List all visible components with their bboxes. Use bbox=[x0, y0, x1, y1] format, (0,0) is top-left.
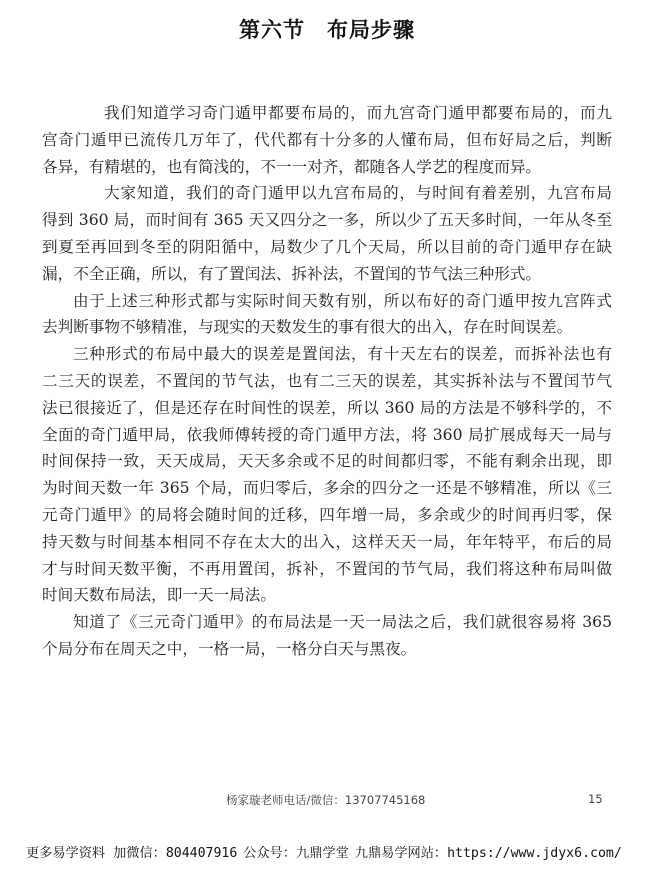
text-line: 元奇门遁甲》的局将会随时间的迁移，四年增一局，多余或少的时间再归零，保 bbox=[42, 502, 612, 529]
text-line: 去判断事物不够精准，与现实的天数发生的事有很大的出入，存在时间误差。 bbox=[42, 314, 612, 341]
promo-official-account: 公众号：九鼎学堂 bbox=[243, 846, 349, 861]
promo-website-link[interactable]: 九鼎易学网站：https://www.jdyx6.com/ bbox=[355, 846, 622, 861]
text-line: 知道了《三元奇门遁甲》的布局法是一天一局法之后，我们就很容易将 365 bbox=[42, 609, 612, 636]
text-line: 时间保持一致，天天成局，天天多余或不足的时间都归零，不能有剩余出现，即 bbox=[42, 448, 612, 475]
text-line: 个局分布在周天之中，一格一局，一格分白天与黑夜。 bbox=[42, 636, 612, 663]
text-line: 漏，不全正确，所以，有了置闰法、拆补法，不置闰的节气法三种形式。 bbox=[42, 261, 612, 288]
text-line: 我们知道学习奇门遁甲都要布局的，而九宫奇门遁甲都要布局的，而九 bbox=[42, 100, 612, 127]
text-line: 才与时间天数平衡，不再用置闰，拆补，不置闰的节气局，我们将这种布局叫做 bbox=[42, 556, 612, 583]
text-line: 为时间天数一年 365 个局，而归零后，多余的四分之一还是不够精准，所以《三 bbox=[42, 475, 612, 502]
text-line: 三种形式的布局中最大的误差是置闰法，有十天左右的误差，而拆补法也有 bbox=[42, 341, 612, 368]
body-text: 我们知道学习奇门遁甲都要布局的，而九宫奇门遁甲都要布局的，而九 宫奇门遁甲已流传… bbox=[42, 100, 612, 663]
text-line: 各异，有精堪的，也有简浅的，不一一对齐，都随各人学艺的程度而异。 bbox=[42, 154, 612, 181]
section-heading: 布局步骤 bbox=[327, 18, 415, 42]
text-line: 二三天的误差，不置闰的节气法，也有二三天的误差，其实拆补法与不置闰节气 bbox=[42, 368, 612, 395]
text-line: 持天数与时间基本相同不存在太大的出入，这样天天一局，年年特平，布后的局 bbox=[42, 529, 612, 556]
text-line: 法已很接近了，但是还存在时间性的误差，所以 360 局的方法是不够科学的，不 bbox=[42, 395, 612, 422]
text-line: 得到 360 局，而时间有 365 天又四分之一多，所以少了五天多时间，一年从冬… bbox=[42, 207, 612, 234]
document-page: 第六节布局步骤 我们知道学习奇门遁甲都要布局的，而九宫奇门遁甲都要布局的，而九 … bbox=[0, 0, 654, 873]
promo-wechat: 更多易学资料 加微信：804407916 bbox=[26, 846, 237, 861]
text-line: 宫奇门遁甲已流传几万年了，代代都有十分多的人懂布局，但布好局之后，判断 bbox=[42, 127, 612, 154]
section-number: 第六节 bbox=[239, 18, 305, 42]
text-line: 全面的奇门遁甲局，依我师傅转授的奇门遁甲方法，将 360 局扩展成每天一局与 bbox=[42, 422, 612, 449]
page-footer-contact: 杨家璇老师电话/微信：13707745168 bbox=[226, 792, 425, 808]
text-line: 由于上述三种形式都与实际时间天数有别，所以布好的奇门遁甲按九宫阵式 bbox=[42, 288, 612, 315]
promo-bar: 更多易学资料 加微信：804407916公众号：九鼎学堂九鼎易学网站：https… bbox=[26, 842, 622, 861]
section-title: 第六节布局步骤 bbox=[0, 14, 654, 44]
page-number: 15 bbox=[588, 792, 603, 806]
text-line: 到夏至再回到冬至的阴阳循中，局数少了几个天局，所以目前的奇门遁甲存在缺 bbox=[42, 234, 612, 261]
text-line: 大家知道，我们的奇门遁甲以九宫布局的，与时间有着差别，九宫布局 bbox=[42, 180, 612, 207]
text-line: 时间天数布局法，即一天一局法。 bbox=[42, 582, 612, 609]
